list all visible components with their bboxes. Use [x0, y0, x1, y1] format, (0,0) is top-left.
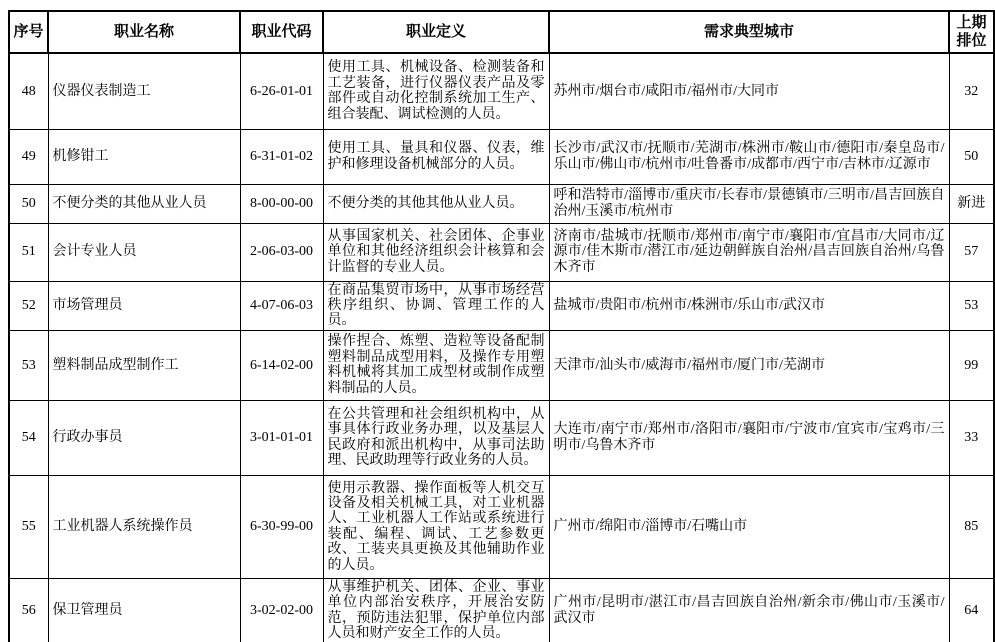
cell-occupation-name: 机修钳工 — [48, 129, 240, 184]
cell-cities: 天津市/汕头市/威海市/福州市/厦门市/芜湖市 — [549, 330, 949, 400]
cell-occupation-code: 8-00-00-00 — [240, 184, 323, 223]
header-occupation-code: 职业代码 — [240, 11, 323, 53]
cell-cities: 盐城市/贵阳市/杭州市/株洲市/乐山市/武汉市 — [549, 281, 949, 330]
cell-definition: 从事国家机关、社会团体、企事业单位和其他经济组织会计核算和会计监督的专业人员。 — [323, 223, 549, 281]
cell-cities: 长沙市/武汉市/抚顺市/芜湖市/株洲市/鞍山市/德阳市/秦皇岛市/乐山市/佛山市… — [549, 129, 949, 184]
cell-cities: 济南市/盐城市/抚顺市/郑州市/南宁市/襄阳市/宜昌市/大同市/辽源市/佳木斯市… — [549, 223, 949, 281]
cell-occupation-name: 市场管理员 — [48, 281, 240, 330]
cell-occupation-code: 3-02-02-00 — [240, 578, 323, 642]
table-row: 49机修钳工6-31-01-02使用工具、量具和仪器、仪表，维护和修理设备机械部… — [9, 129, 994, 184]
cell-occupation-name: 会计专业人员 — [48, 223, 240, 281]
occupations-table: 序号 职业名称 职业代码 职业定义 需求典型城市 上期排位 48仪器仪表制造工6… — [8, 10, 995, 642]
cell-occupation-code: 3-01-01-01 — [240, 400, 323, 475]
table-row: 48仪器仪表制造工6-26-01-01使用工具、机械设备、检测装备和工艺装备，进… — [9, 53, 994, 129]
cell-definition: 使用示教器、操作面板等人机交互设备及相关机械工具，对工业机器人、工业机器人工作站… — [323, 475, 549, 578]
cell-previous-rank: 33 — [949, 400, 994, 475]
cell-occupation-name: 保卫管理员 — [48, 578, 240, 642]
cell-previous-rank: 85 — [949, 475, 994, 578]
cell-definition: 在商品集贸市场中，从事市场经营秩序组织、协调、管理工作的人员。 — [323, 281, 549, 330]
cell-previous-rank: 99 — [949, 330, 994, 400]
cell-cities: 大连市/南宁市/郑州市/洛阳市/襄阳市/宁波市/宜宾市/宝鸡市/三明市/乌鲁木齐… — [549, 400, 949, 475]
cell-occupation-code: 2-06-03-00 — [240, 223, 323, 281]
cell-serial: 56 — [9, 578, 48, 642]
cell-serial: 51 — [9, 223, 48, 281]
cell-occupation-name: 工业机器人系统操作员 — [48, 475, 240, 578]
cell-previous-rank: 32 — [949, 53, 994, 129]
table-row: 56保卫管理员3-02-02-00从事维护机关、团体、企业、事业单位内部治安秩序… — [9, 578, 994, 642]
table-row: 55工业机器人系统操作员6-30-99-00使用示教器、操作面板等人机交互设备及… — [9, 475, 994, 578]
table-row: 50不便分类的其他从业人员8-00-00-00不便分类的其他其他从业人员。呼和浩… — [9, 184, 994, 223]
cell-serial: 53 — [9, 330, 48, 400]
cell-occupation-name: 不便分类的其他从业人员 — [48, 184, 240, 223]
cell-serial: 52 — [9, 281, 48, 330]
header-definition: 职业定义 — [323, 11, 549, 53]
cell-cities: 广州市/昆明市/湛江市/昌吉回族自治州/新余市/佛山市/玉溪市/武汉市 — [549, 578, 949, 642]
table-row: 51会计专业人员2-06-03-00从事国家机关、社会团体、企事业单位和其他经济… — [9, 223, 994, 281]
cell-occupation-code: 6-14-02-00 — [240, 330, 323, 400]
cell-occupation-name: 塑料制品成型制作工 — [48, 330, 240, 400]
cell-cities: 广州市/绵阳市/淄博市/石嘴山市 — [549, 475, 949, 578]
cell-occupation-name: 仪器仪表制造工 — [48, 53, 240, 129]
cell-occupation-code: 6-26-01-01 — [240, 53, 323, 129]
table-row: 52市场管理员4-07-06-03在商品集贸市场中，从事市场经营秩序组织、协调、… — [9, 281, 994, 330]
cell-definition: 不便分类的其他其他从业人员。 — [323, 184, 549, 223]
table-body: 48仪器仪表制造工6-26-01-01使用工具、机械设备、检测装备和工艺装备，进… — [9, 53, 994, 642]
cell-serial: 50 — [9, 184, 48, 223]
cell-serial: 54 — [9, 400, 48, 475]
table-row: 54行政办事员3-01-01-01在公共管理和社会组织机构中，从事具体行政业务办… — [9, 400, 994, 475]
cell-cities: 苏州市/烟台市/咸阳市/福州市/大同市 — [549, 53, 949, 129]
cell-serial: 55 — [9, 475, 48, 578]
document-page: 序号 职业名称 职业代码 职业定义 需求典型城市 上期排位 48仪器仪表制造工6… — [0, 0, 995, 642]
cell-previous-rank: 57 — [949, 223, 994, 281]
cell-previous-rank: 50 — [949, 129, 994, 184]
cell-definition: 从事维护机关、团体、企业、事业单位内部治安秩序，开展治安防范，预防违法犯罪，保护… — [323, 578, 549, 642]
cell-occupation-name: 行政办事员 — [48, 400, 240, 475]
cell-cities: 呼和浩特市/淄博市/重庆市/长春市/景德镇市/三明市/昌吉回族自治州/玉溪市/杭… — [549, 184, 949, 223]
cell-definition: 使用工具、量具和仪器、仪表，维护和修理设备机械部分的人员。 — [323, 129, 549, 184]
cell-serial: 48 — [9, 53, 48, 129]
cell-definition: 操作捏合、炼塑、造粒等设备配制塑料制品成型用料，及操作专用塑料机械将其加工成型材… — [323, 330, 549, 400]
header-cities: 需求典型城市 — [549, 11, 949, 53]
cell-serial: 49 — [9, 129, 48, 184]
cell-previous-rank: 64 — [949, 578, 994, 642]
cell-definition: 使用工具、机械设备、检测装备和工艺装备，进行仪器仪表产品及零部件或自动化控制系统… — [323, 53, 549, 129]
cell-previous-rank: 53 — [949, 281, 994, 330]
header-previous-rank: 上期排位 — [949, 11, 994, 53]
table-row: 53塑料制品成型制作工6-14-02-00操作捏合、炼塑、造粒等设备配制塑料制品… — [9, 330, 994, 400]
header-row: 序号 职业名称 职业代码 职业定义 需求典型城市 上期排位 — [9, 11, 994, 53]
cell-definition: 在公共管理和社会组织机构中，从事具体行政业务办理，以及基层人民政府和派出机构中，… — [323, 400, 549, 475]
cell-occupation-code: 6-31-01-02 — [240, 129, 323, 184]
header-serial: 序号 — [9, 11, 48, 53]
cell-occupation-code: 4-07-06-03 — [240, 281, 323, 330]
cell-previous-rank: 新进 — [949, 184, 994, 223]
cell-occupation-code: 6-30-99-00 — [240, 475, 323, 578]
header-occupation-name: 职业名称 — [48, 11, 240, 53]
